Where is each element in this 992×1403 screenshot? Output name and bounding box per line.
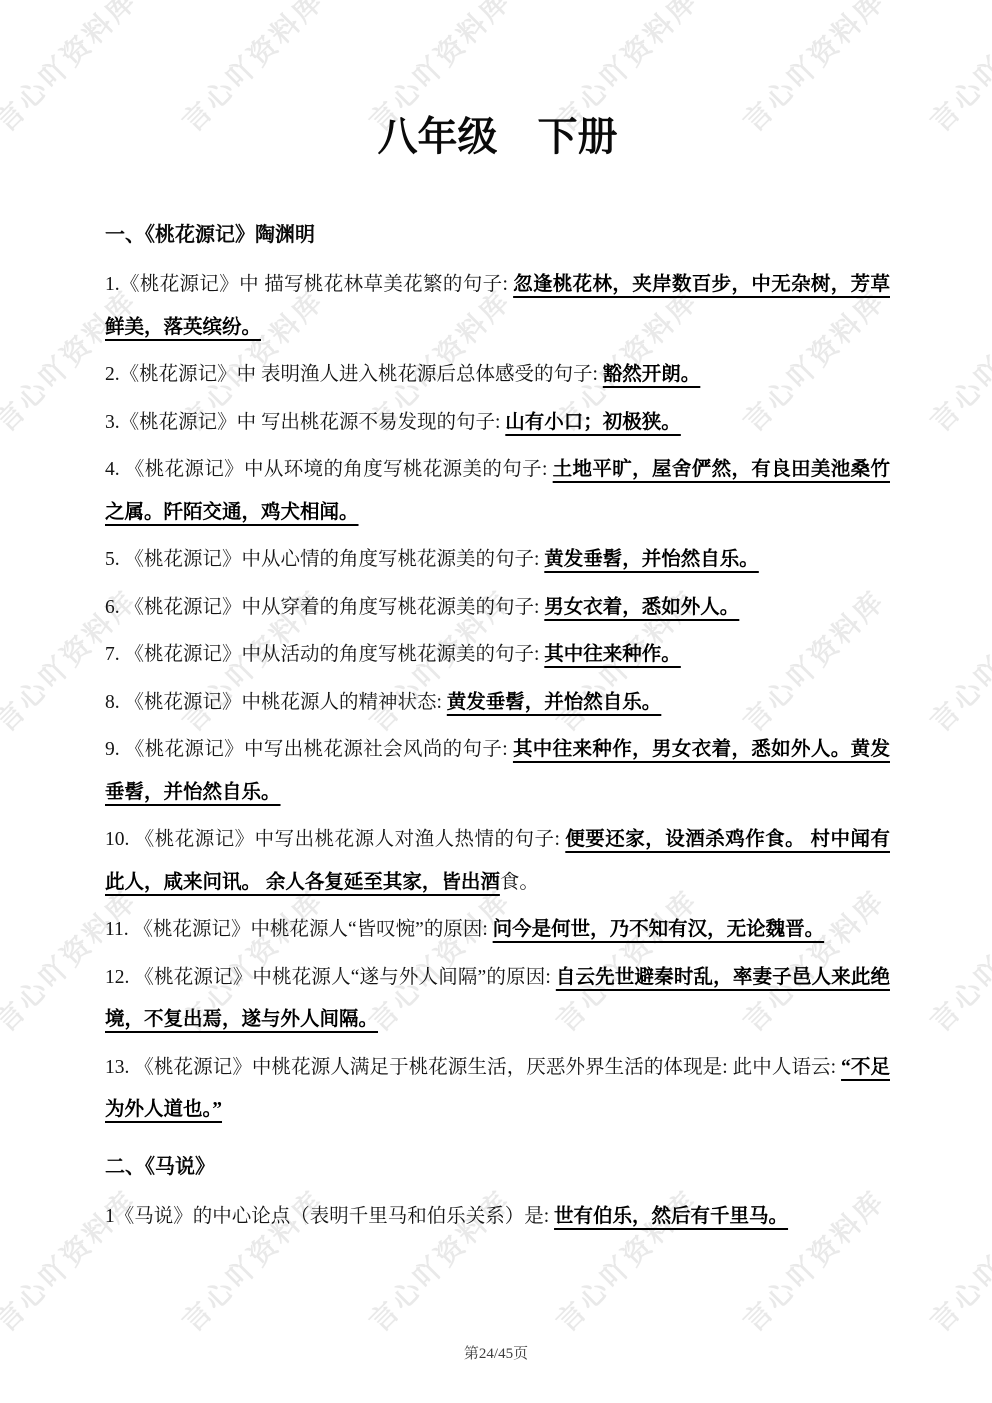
qa-item: 7. 《桃花源记》中从活动的角度写桃花源美的句子: 其中往来种作。 [105,634,890,677]
question-text: 6. 《桃花源记》中从穿着的角度写桃花源美的句子: [105,597,544,618]
page-number: 第24/45页 [0,1342,992,1363]
qa-item: 1.《桃花源记》中 描写桃花林草美花繁的句子: 忽逢桃花林，夹岸数百步，中无杂树… [105,264,890,349]
section-heading: 二、《马说》 [105,1146,890,1188]
qa-item: 4. 《桃花源记》中从环境的角度写桃花源美的句子: 土地平旷，屋舍俨然，有良田美… [105,449,890,534]
section-heading: 一、《桃花源记》陶渊明 [105,214,890,256]
qa-item: 12. 《桃花源记》中桃花源人“遂与外人间隔”的原因: 自云先世避秦时乱，率妻子… [105,957,890,1042]
qa-item: 13. 《桃花源记》中桃花源人满足于桃花源生活，厌恶外界生活的体现是: 此中人语… [105,1047,890,1132]
answer-text: 世有伯乐，然后有千里马。 [554,1206,788,1227]
watermark-text: 言心吖资料库 [919,0,992,141]
question-text: 4. 《桃花源记》中从环境的角度写桃花源美的句子: [105,459,553,480]
question-text: 12. 《桃花源记》中桃花源人“遂与外人间隔”的原因: [105,967,556,988]
watermark-text: 言心吖资料库 [919,579,992,742]
qa-item: 2.《桃花源记》中 表明渔人进入桃花源后总体感受的句子: 豁然开朗。 [105,354,890,397]
question-text: 1《马说》的中心论点（表明千里马和伯乐关系）是: [105,1206,554,1227]
qa-item: 6. 《桃花源记》中从穿着的角度写桃花源美的句子: 男女衣着，悉如外人。 [105,587,890,630]
answer-text: 山有小口；初极狭。 [505,412,681,433]
qa-item: 11. 《桃花源记》中桃花源人“皆叹惋”的原因: 问今是何世，乃不知有汉，无论魏… [105,909,890,952]
watermark-text: 言心吖资料库 [919,1179,992,1342]
answer-text: 黄发垂髫，并怡然自乐。 [447,692,662,713]
qa-item: 9. 《桃花源记》中写出桃花源社会风尚的句子: 其中往来种作，男女衣着，悉如外人… [105,729,890,814]
question-text: 1.《桃花源记》中 描写桃花林草美花繁的句子: [105,274,513,295]
answer-text: 问今是何世，乃不知有汉，无论魏晋。 [493,919,825,940]
question-text: 3.《桃花源记》中 写出桃花源不易发现的句子: [105,412,505,433]
qa-item: 10. 《桃花源记》中写出桃花源人对渔人热情的句子: 便要还家，设酒杀鸡作食。 … [105,819,890,904]
question-text: 8. 《桃花源记》中桃花源人的精神状态: [105,692,447,713]
question-text: 9. 《桃花源记》中写出桃花源社会风尚的句子: [105,739,513,760]
qa-item: 3.《桃花源记》中 写出桃花源不易发现的句子: 山有小口；初极狭。 [105,402,890,445]
watermark-text: 言心吖资料库 [919,279,992,442]
watermark-text: 言心吖资料库 [919,879,992,1042]
question-text: 5. 《桃花源记》中从心情的角度写桃花源美的句子: [105,549,544,570]
answer-text: 男女衣着，悉如外人。 [544,597,739,618]
qa-item: 8. 《桃花源记》中桃花源人的精神状态: 黄发垂髫，并怡然自乐。 [105,682,890,725]
answer-text: 豁然开朗。 [603,364,701,385]
question-text: 11. 《桃花源记》中桃花源人“皆叹惋”的原因: [105,919,493,940]
qa-item: 5. 《桃花源记》中从心情的角度写桃花源美的句子: 黄发垂髫，并怡然自乐。 [105,539,890,582]
page-title: 八年级 下册 [105,112,890,162]
answer-text: 黄发垂髫，并怡然自乐。 [544,549,759,570]
question-text: 7. 《桃花源记》中从活动的角度写桃花源美的句子: [105,644,544,665]
question-text: 10. 《桃花源记》中写出桃花源人对渔人热情的句子: [105,829,565,850]
qa-item: 1《马说》的中心论点（表明千里马和伯乐关系）是: 世有伯乐，然后有千里马。 [105,1196,890,1239]
document-page: 言心吖资料库言心吖资料库言心吖资料库言心吖资料库言心吖资料库言心吖资料库言心吖资… [0,0,992,1403]
answer-text: 其中往来种作。 [544,644,681,665]
document-body: 一、《桃花源记》陶渊明1.《桃花源记》中 描写桃花林草美花繁的句子: 忽逢桃花林… [105,214,890,1238]
question-text: 13. 《桃花源记》中桃花源人满足于桃花源生活，厌恶外界生活的体现是: 此中人语… [105,1057,841,1078]
document-content: 八年级 下册 一、《桃花源记》陶渊明1.《桃花源记》中 描写桃花林草美花繁的句子… [105,0,890,1243]
question-text: 2.《桃花源记》中 表明渔人进入桃花源后总体感受的句子: [105,364,603,385]
answer-tail-text: 食。 [500,872,539,893]
